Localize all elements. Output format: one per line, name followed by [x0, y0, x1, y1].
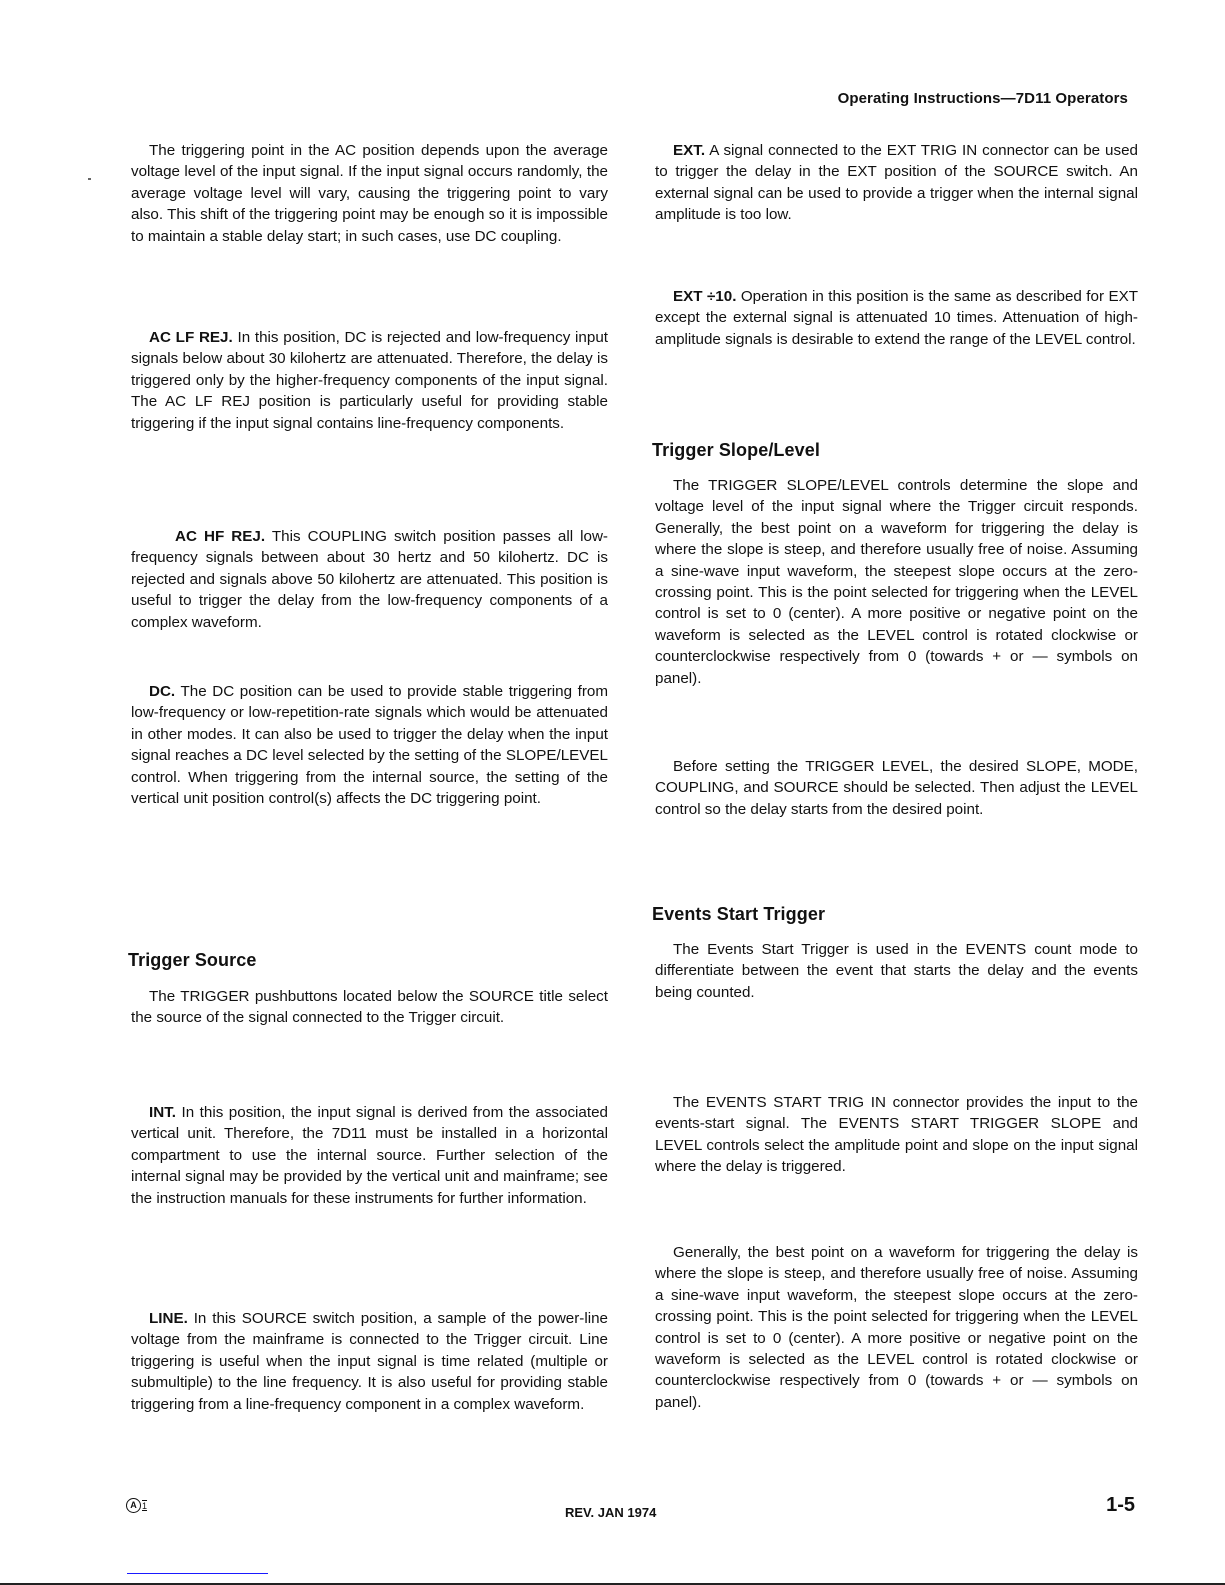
paragraph-lead: LINE. [149, 1310, 188, 1327]
paragraph-dc: DC. The DC position can be used to provi… [131, 681, 608, 809]
paragraph-text: The TRIGGER pushbuttons located below th… [131, 988, 608, 1026]
paragraph-ac-lf-rej: AC LF REJ. In this position, DC is rejec… [131, 327, 608, 434]
paragraph-lead: AC LF REJ. [149, 329, 233, 346]
section-heading-trigger-source: Trigger Source [128, 950, 256, 971]
paragraph-slope-level-1: The TRIGGER SLOPE/LEVEL controls determi… [655, 475, 1138, 689]
paragraph-lead: AC HF REJ. [175, 528, 265, 545]
running-header: Operating Instructions—7D11 Operators [838, 90, 1128, 107]
section-heading-trigger-slope-level: Trigger Slope/Level [652, 440, 820, 461]
paragraph-int: INT. In this position, the input signal … [131, 1102, 608, 1209]
paragraph-text: A signal connected to the EXT TRIG IN co… [655, 142, 1138, 223]
paragraph-text: Before setting the TRIGGER LEVEL, the de… [655, 758, 1138, 818]
paragraph-lead: INT. [149, 1104, 176, 1121]
paragraph-events-3: Generally, the best point on a waveform … [655, 1242, 1138, 1413]
paragraph-line: LINE. In this SOURCE switch position, a … [131, 1308, 608, 1415]
scan-artifact [88, 178, 91, 180]
blue-underline-artifact [127, 1573, 268, 1574]
paragraph-trigger-source-intro: The TRIGGER pushbuttons located below th… [131, 986, 608, 1029]
paragraph-lead: EXT. [673, 142, 705, 159]
paragraph-ext: EXT. A signal connected to the EXT TRIG … [655, 140, 1138, 226]
page-number: 1-5 [1106, 1494, 1135, 1517]
paragraph-text: The DC position can be used to provide s… [131, 683, 608, 807]
paragraph-ac-trigger-point: The triggering point in the AC position … [131, 140, 608, 247]
paragraph-text: In this SOURCE switch position, a sample… [131, 1310, 608, 1413]
paragraph-ac-hf-rej: AC HF REJ. This COUPLING switch position… [131, 526, 608, 633]
paragraph-text: The TRIGGER SLOPE/LEVEL controls determi… [655, 477, 1138, 687]
paragraph-lead: EXT ÷10. [673, 288, 736, 305]
paragraph-text: The Events Start Trigger is used in the … [655, 941, 1138, 1001]
paragraph-text: In this position, the input signal is de… [131, 1104, 608, 1207]
paragraph-events-2: The EVENTS START TRIG IN connector provi… [655, 1092, 1138, 1178]
publisher-mark-sub: 1 [142, 1501, 147, 1511]
paragraph-text: The EVENTS START TRIG IN connector provi… [655, 1094, 1138, 1175]
circled-a-icon: A [126, 1498, 141, 1513]
paragraph-events-1: The Events Start Trigger is used in the … [655, 939, 1138, 1003]
publisher-mark: A 1 [126, 1498, 147, 1513]
revision-date: REV. JAN 1974 [565, 1505, 656, 1520]
paragraph-text: Generally, the best point on a waveform … [655, 1244, 1138, 1411]
paragraph-lead: DC. [149, 683, 175, 700]
paragraph-ext-div10: EXT ÷10. Operation in this position is t… [655, 286, 1138, 350]
paragraph-slope-level-2: Before setting the TRIGGER LEVEL, the de… [655, 756, 1138, 820]
paragraph-text: The triggering point in the AC position … [131, 142, 608, 245]
section-heading-events-start-trigger: Events Start Trigger [652, 904, 825, 925]
